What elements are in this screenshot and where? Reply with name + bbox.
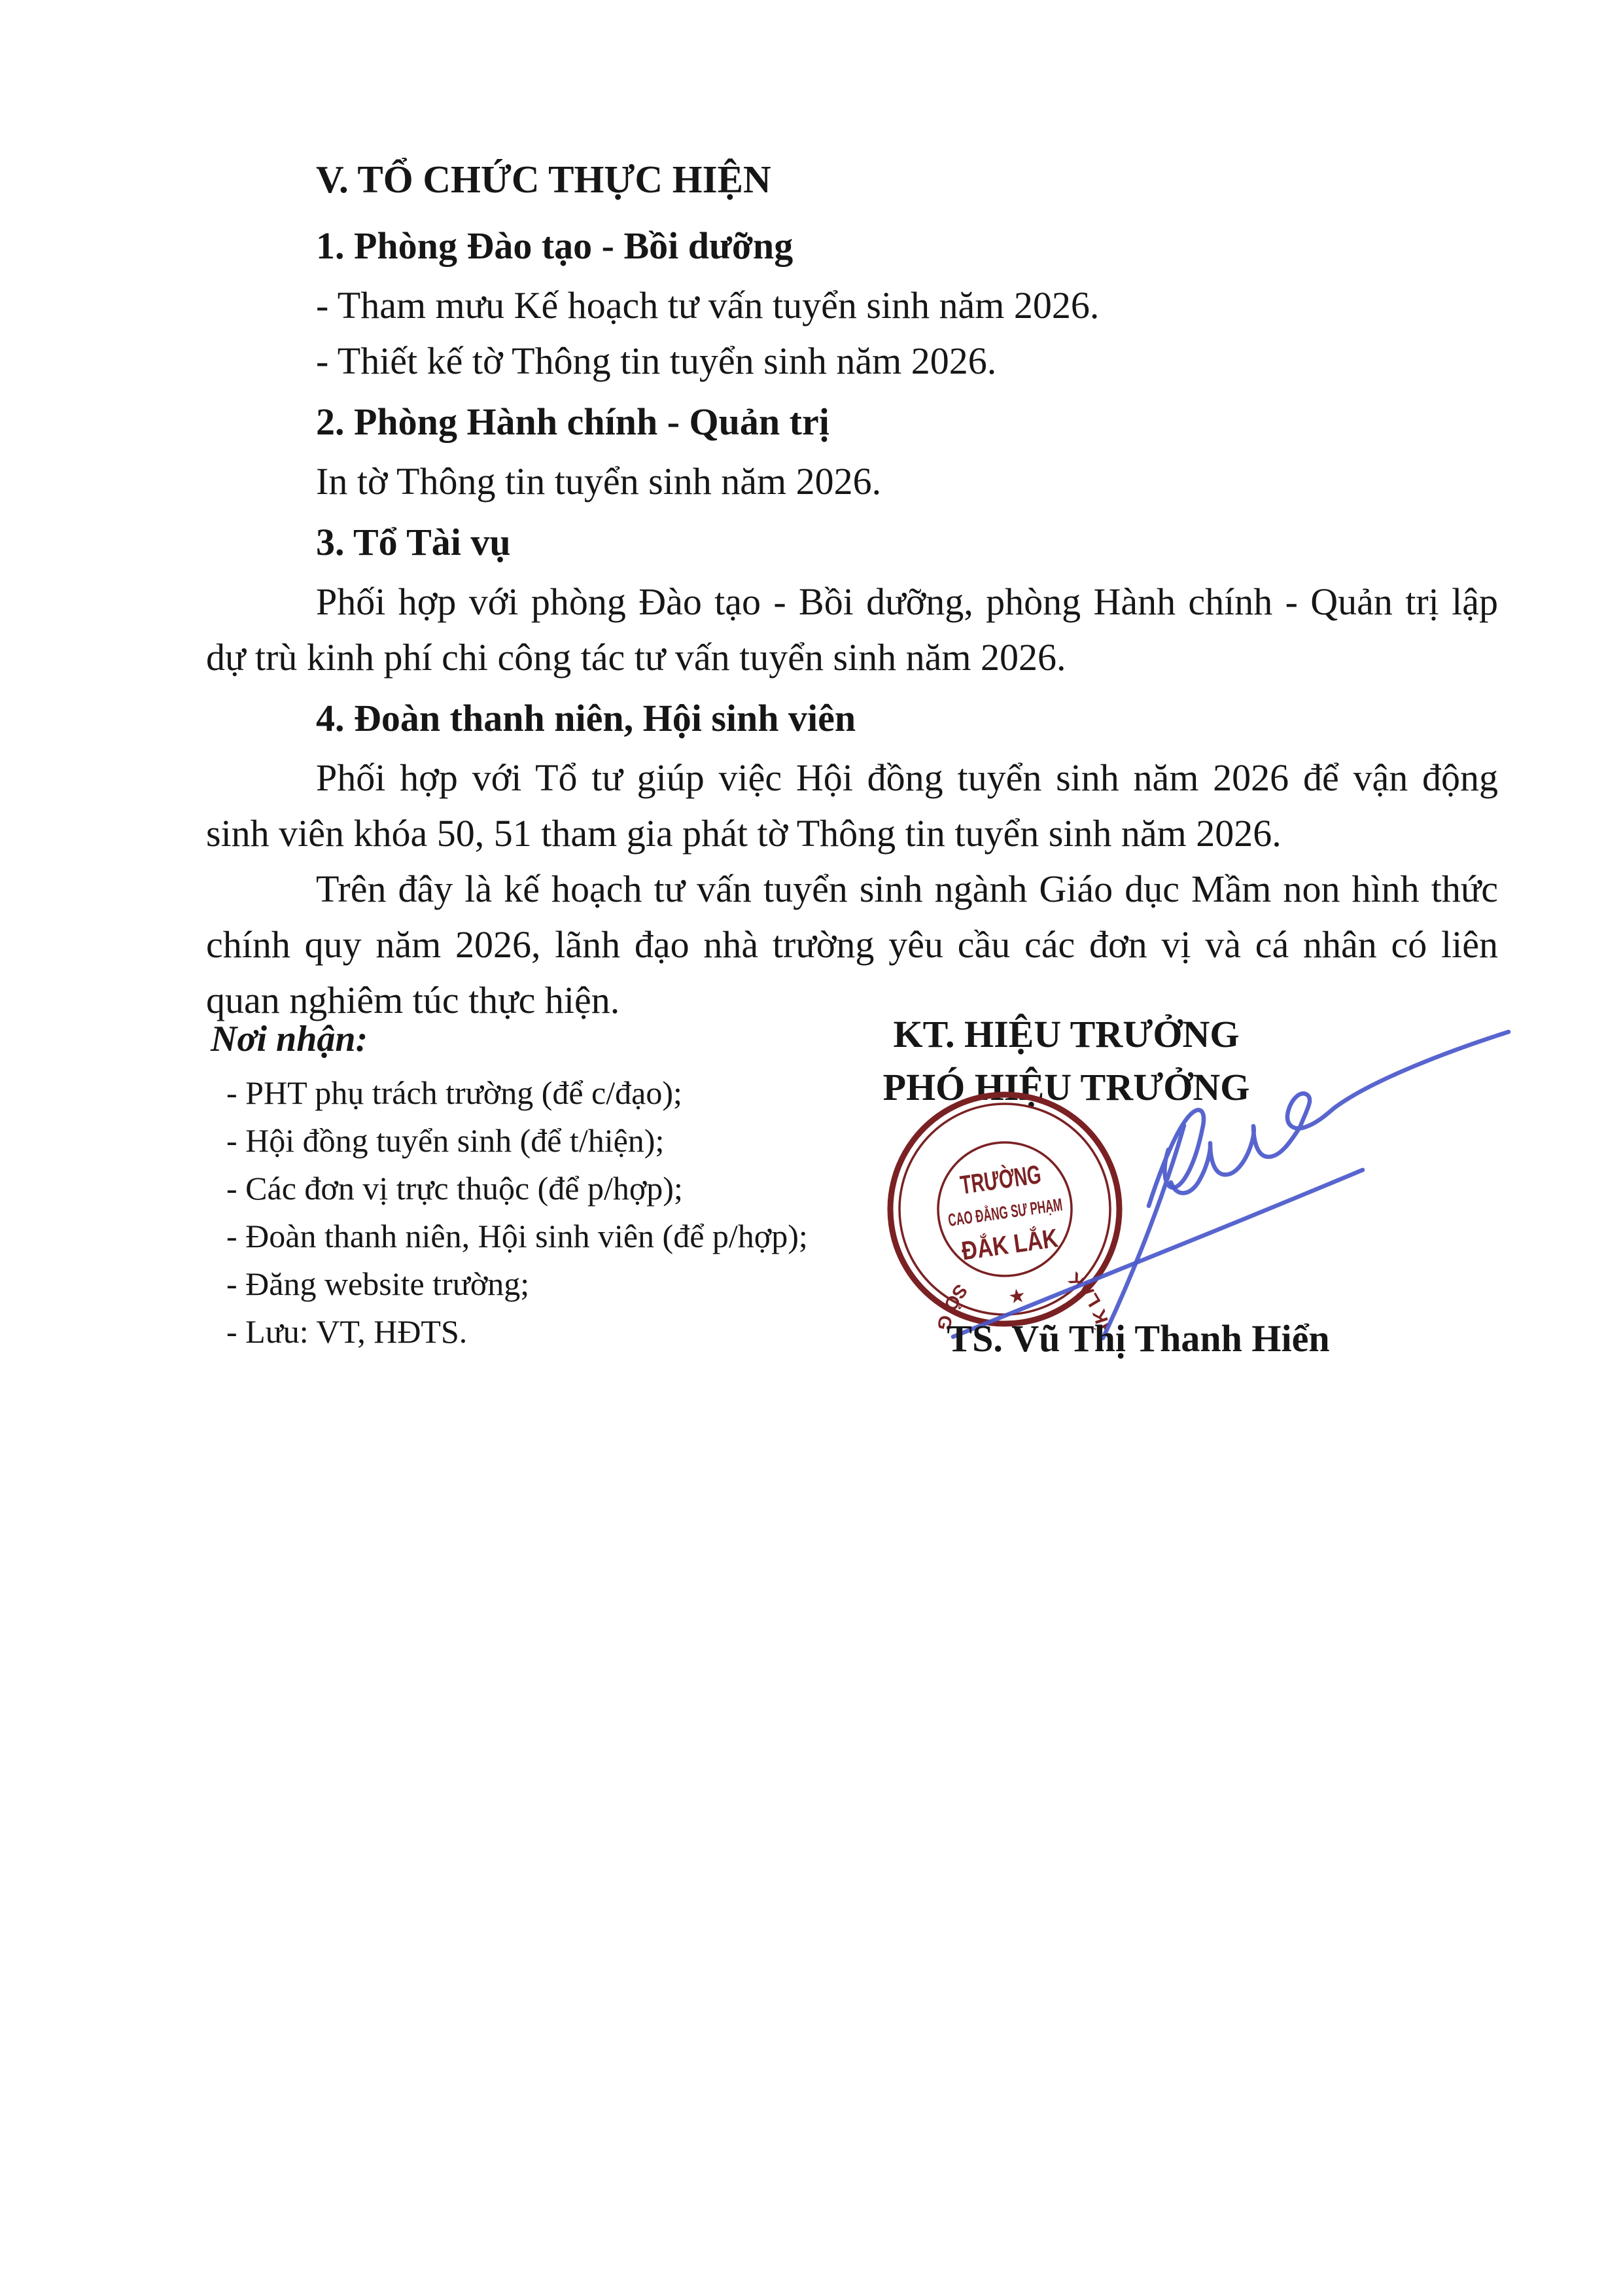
section-1-paragraph-2: - Thiết kế tờ Thông tin tuyển sinh năm 2… [206,333,1498,389]
section-1-paragraph-1: - Tham mưu Kế hoạch tư vấn tuyển sinh nă… [206,277,1498,333]
document-page: V. TỔ CHỨC THỰC HIỆN 1. Phòng Đào tạo - … [0,0,1623,2296]
recipient-item: - Lưu: VT, HĐTS. [211,1308,865,1356]
section-3-paragraph-1: Phối hợp với phòng Đào tạo - Bồi dưỡng, … [206,574,1498,685]
closing-paragraph: Trên đây là kế hoạch tư vấn tuyển sinh n… [206,861,1498,1028]
document-body: V. TỔ CHỨC THỰC HIỆN 1. Phòng Đào tạo - … [206,152,1498,1028]
section-4-heading: 4. Đoàn thanh niên, Hội sinh viên [206,690,1498,746]
recipient-item: - Đoàn thanh niên, Hội sinh viên (để p/h… [211,1212,865,1260]
signer-name: TS. Vũ Thị Thanh Hiển [916,1316,1361,1360]
recipients-label: Nơi nhận: [211,1014,865,1064]
recipient-item: - Các đơn vị trực thuộc (để p/hợp); [211,1165,865,1212]
section-3-heading: 3. Tổ Tài vụ [206,514,1498,570]
section-2-heading: 2. Phòng Hành chính - Quản trị [206,394,1498,450]
recipients-block: Nơi nhận: - PHT phụ trách trường (để c/đ… [211,1014,865,1356]
signature-loop-stroke [1103,1110,1204,1338]
signature-flourish-stroke [1171,1032,1509,1193]
recipient-item: - Hội đồng tuyển sinh (để t/hiện); [211,1117,865,1165]
section-1-heading: 1. Phòng Đào tạo - Bồi dưỡng [206,218,1498,274]
section-v-heading: V. TỔ CHỨC THỰC HIỆN [206,152,1498,207]
recipient-item: - Đăng website trường; [211,1260,865,1308]
signature-underline-stroke [953,1170,1363,1337]
recipient-item: - PHT phụ trách trường (để c/đạo); [211,1069,865,1117]
section-2-paragraph-1: In tờ Thông tin tuyển sinh năm 2026. [206,453,1498,509]
signature-image [941,1011,1543,1368]
section-4-paragraph-1: Phối hợp với Tổ tư giúp việc Hội đồng tu… [206,750,1498,861]
